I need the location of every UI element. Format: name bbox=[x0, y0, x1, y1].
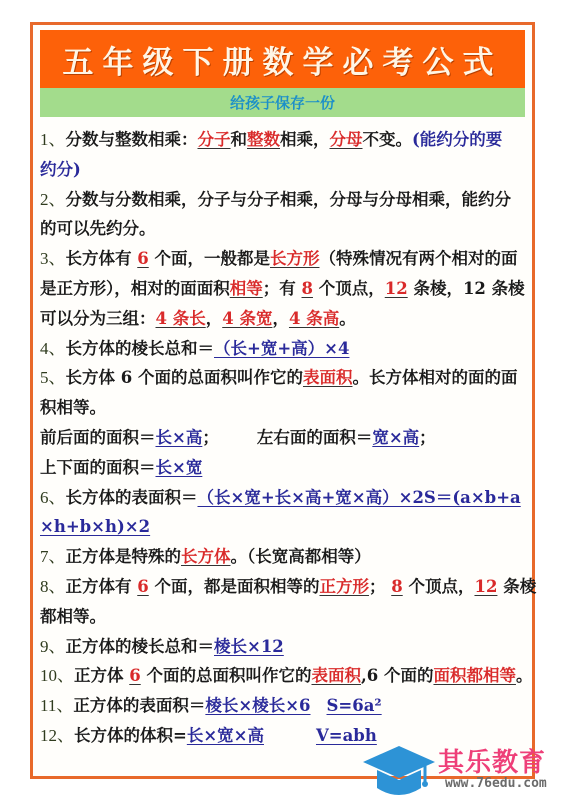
graduation-cap-icon bbox=[363, 744, 435, 800]
formula-item-8-cont: 都相等。 bbox=[40, 602, 522, 632]
formula: 棱长×12 bbox=[214, 637, 284, 656]
item-text: ； bbox=[419, 428, 436, 447]
item-text: 相乘， bbox=[280, 130, 330, 149]
item-text: 长方体 6 个面的总面积叫作它的 bbox=[66, 368, 303, 387]
item-number: 12、 bbox=[40, 726, 74, 745]
page-subtitle: 给孩子保存一份 bbox=[230, 92, 335, 113]
item-text: 和 bbox=[231, 130, 248, 149]
item-number: 5、 bbox=[40, 368, 66, 387]
key-term: 正方形 bbox=[319, 577, 369, 596]
item-text: 个面的总面积叫作它的 bbox=[146, 666, 311, 685]
item-text: ； bbox=[369, 577, 386, 596]
formula: （长+宽+高）×4 bbox=[214, 339, 349, 358]
formula: （长×宽+长×高+宽×高）×2S＝(a×b+a bbox=[198, 488, 521, 507]
formula-item-3: 3、长方体有 6 个面，一般都是长方形（特殊情况有两个相对的面 bbox=[40, 244, 522, 274]
item-text: 长方体有 bbox=[66, 249, 132, 268]
item-number: 3、 bbox=[40, 249, 66, 268]
document-frame: 五年级下册数学必考公式 给孩子保存一份 1、分数与整数相乘：分子和整数相乘，分母… bbox=[30, 22, 535, 779]
formula-item-10: 10、正方体 6 个面的总面积叫作它的表面积,6 个面的面积都相等。 bbox=[40, 661, 522, 691]
key-term: 6 bbox=[137, 577, 148, 596]
item-text: ；有 bbox=[263, 279, 296, 298]
key-term: 6 bbox=[129, 666, 140, 685]
brand-name: 其乐教育 bbox=[438, 742, 546, 779]
formula-item-6-cont: ×h+b×h)×2 bbox=[40, 512, 522, 542]
item-text: ， bbox=[272, 309, 289, 328]
formula-item-5-cont: 积相等。 bbox=[40, 393, 522, 423]
key-term: 4 条高 bbox=[289, 309, 339, 328]
item-number: 4、 bbox=[40, 339, 66, 358]
item-text: ； bbox=[202, 428, 219, 447]
item-text: 长方体的表面积＝ bbox=[66, 488, 198, 507]
item-number: 1、 bbox=[40, 130, 66, 149]
formula: 长×宽 bbox=[156, 458, 203, 477]
key-term: 6 bbox=[137, 249, 148, 268]
formula-item-3-cont: 是正方形），相对的面面积相等；有 8 个顶点，12 条棱，12 条棱 bbox=[40, 274, 522, 304]
item-number: 9、 bbox=[40, 637, 66, 656]
formula-item-1: 1、分数与整数相乘：分子和整数相乘，分母不变。(能约分的要 bbox=[40, 125, 522, 155]
formula-item-2: 2、分数与分数相乘，分子与分子相乘，分母与分母相乘，能约分 bbox=[40, 185, 522, 215]
key-term: 长方体 bbox=[181, 547, 231, 566]
key-term: 8 bbox=[391, 577, 402, 596]
item-text: ， bbox=[206, 309, 223, 328]
item-text: 不变。 bbox=[363, 130, 413, 149]
item-text: （特殊情况有两个相对的面 bbox=[319, 249, 517, 268]
key-term: 12 bbox=[385, 279, 408, 298]
item-text: 左右面的面积＝ bbox=[257, 428, 373, 447]
item-text: 。（长宽高都相等） bbox=[231, 547, 371, 566]
item-number: 11、 bbox=[40, 696, 73, 715]
formula-item-7: 7、正方体是特殊的长方体。（长宽高都相等） bbox=[40, 542, 522, 572]
note-text: (能约分的要 bbox=[412, 130, 502, 149]
item-text: 可以分为三组： bbox=[40, 309, 156, 328]
formula-item-4: 4、长方体的棱长总和＝（长+宽+高）×4 bbox=[40, 334, 522, 364]
item-number: 10、 bbox=[40, 666, 74, 685]
item-text: 正方体是特殊的 bbox=[66, 547, 182, 566]
item-number: 7、 bbox=[40, 547, 66, 566]
formula-item-6: 6、长方体的表面积＝（长×宽+长×高+宽×高）×2S＝(a×b+a bbox=[40, 483, 522, 513]
item-text: 前后面的面积＝ bbox=[40, 428, 156, 447]
item-number: 6、 bbox=[40, 488, 66, 507]
item-text: 长方体的棱长总和＝ bbox=[66, 339, 215, 358]
key-term: 分母 bbox=[330, 130, 363, 149]
formula-item-2-cont: 的可以先约分。 bbox=[40, 214, 522, 244]
watermark-logo: 其乐教育 www.76edu.com bbox=[363, 740, 563, 800]
page-title: 五年级下册数学必考公式 bbox=[63, 37, 503, 82]
key-term: 12 bbox=[474, 577, 497, 596]
item-text: 是正方形），相对的面面积 bbox=[40, 279, 230, 298]
note-text: 约分) bbox=[40, 160, 81, 179]
key-term: 分子 bbox=[198, 130, 231, 149]
item-text: 正方体有 bbox=[66, 577, 132, 596]
formula-item-5-faces-2: 上下面的面积＝长×宽 bbox=[40, 453, 522, 483]
item-text: 个面，都是面积相等的 bbox=[154, 577, 319, 596]
item-text: 的可以先约分。 bbox=[40, 219, 156, 238]
formula: 宽×高 bbox=[372, 428, 419, 447]
formula: ×h+b×h)×2 bbox=[40, 517, 150, 536]
formula: 长×高 bbox=[156, 428, 203, 447]
item-text: 。 bbox=[516, 666, 533, 685]
formula: S=6a² bbox=[327, 696, 382, 715]
item-text: 个顶点， bbox=[408, 577, 474, 596]
item-text: 。 bbox=[339, 309, 356, 328]
item-text: 正方体的表面积＝ bbox=[73, 696, 205, 715]
item-text: 。长方体相对的面的面 bbox=[352, 368, 517, 387]
key-term: 表面积 bbox=[303, 368, 353, 387]
formula-list: 1、分数与整数相乘：分子和整数相乘，分母不变。(能约分的要 约分) 2、分数与分… bbox=[40, 125, 522, 751]
formula-item-5-faces-1: 前后面的面积＝长×高；左右面的面积＝宽×高； bbox=[40, 423, 522, 453]
formula-item-9: 9、正方体的棱长总和＝棱长×12 bbox=[40, 632, 522, 662]
key-term: 8 bbox=[302, 279, 313, 298]
item-text: 积相等。 bbox=[40, 398, 106, 417]
subtitle-banner: 给孩子保存一份 bbox=[40, 88, 525, 117]
formula-item-8: 8、正方体有 6 个面，都是面积相等的正方形； 8 个顶点，12 条棱 bbox=[40, 572, 522, 602]
item-text: 长方体的体积= bbox=[74, 726, 187, 745]
item-text: 个顶点， bbox=[319, 279, 385, 298]
formula-item-3-cont2: 可以分为三组：4 条长，4 条宽，4 条高。 bbox=[40, 304, 522, 334]
item-text: 正方体的棱长总和＝ bbox=[66, 637, 215, 656]
brand-url: www.76edu.com bbox=[445, 776, 547, 791]
formula: 棱长×棱长×6 bbox=[205, 696, 310, 715]
item-text: 都相等。 bbox=[40, 607, 106, 626]
item-text: 分数与分数相乘，分子与分子相乘，分母与分母相乘，能约分 bbox=[66, 190, 512, 209]
item-text: 条棱，12 条棱 bbox=[413, 279, 524, 298]
item-number: 8、 bbox=[40, 577, 66, 596]
key-term: 长方形 bbox=[270, 249, 320, 268]
key-term: 整数 bbox=[247, 130, 280, 149]
item-text: 分数与整数相乘： bbox=[66, 130, 198, 149]
item-text: 正方体 bbox=[74, 666, 124, 685]
item-text: ,6 个面的 bbox=[361, 666, 433, 685]
formula-item-1-cont: 约分) bbox=[40, 155, 522, 185]
key-term: 表面积 bbox=[311, 666, 361, 685]
formula: 长×宽×高 bbox=[187, 726, 264, 745]
item-number: 2、 bbox=[40, 190, 66, 209]
key-term: 4 条宽 bbox=[222, 309, 272, 328]
formula-item-5: 5、长方体 6 个面的总面积叫作它的表面积。长方体相对的面的面 bbox=[40, 363, 522, 393]
title-banner: 五年级下册数学必考公式 bbox=[40, 30, 525, 88]
key-term: 4 条长 bbox=[156, 309, 206, 328]
formula-item-11: 11、正方体的表面积＝棱长×棱长×6S=6a² bbox=[40, 691, 522, 721]
key-term: 面积都相等 bbox=[433, 666, 516, 685]
item-text: 个面，一般都是 bbox=[154, 249, 270, 268]
key-term: 相等 bbox=[230, 279, 263, 298]
item-text: 条棱 bbox=[503, 577, 536, 596]
item-text: 上下面的面积＝ bbox=[40, 458, 156, 477]
